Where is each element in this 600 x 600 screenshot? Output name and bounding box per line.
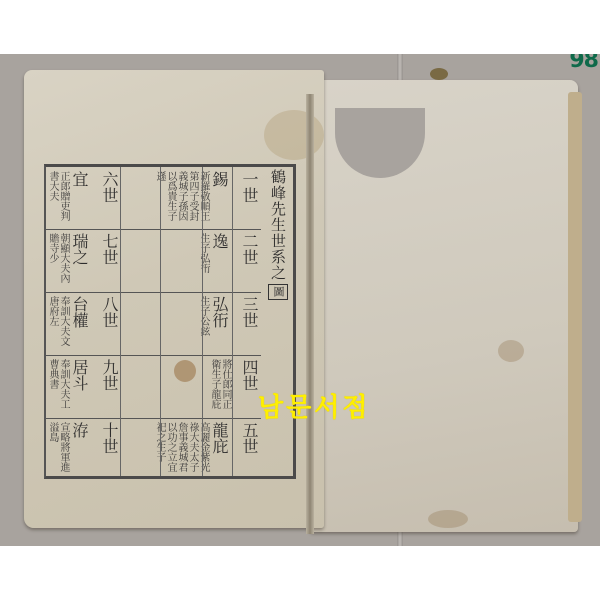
column-divider	[160, 167, 161, 476]
stain	[428, 510, 468, 528]
ancestor-note: 生子弘衎	[198, 233, 209, 291]
title-box-char: 圖	[268, 284, 288, 300]
ancestor-name: 瑞之	[68, 233, 91, 265]
stain	[498, 340, 524, 362]
generation-label: 一世	[237, 167, 261, 203]
ancestor-note: 奉訓大夫文唐府左	[47, 296, 69, 354]
column-divider	[202, 167, 203, 476]
bookstore-watermark: 남문서점	[258, 387, 370, 424]
ancestor-name: 逸	[208, 233, 231, 249]
generation-label: 七世	[97, 229, 121, 265]
ancestor-name: 龍庇	[208, 422, 231, 454]
column-divider	[120, 167, 121, 476]
ancestor-note: 朝顯大夫內贍寺少	[47, 233, 69, 291]
ancestor-name: 台權	[68, 296, 91, 328]
page-fold	[306, 94, 314, 534]
ancestor-note: 新羅敬順王第四子受封義城子孫因以爲貴生子遜	[154, 171, 209, 229]
book-photo: 98 鶴峰先生世系之圖 一世 錫 新羅敬順王第四子受封義城子孫因以爲貴生子遜 六…	[0, 54, 600, 546]
generation-label: 二世	[237, 229, 261, 265]
genealogy-chart-frame: 鶴峰先生世系之圖 一世 錫 新羅敬順王第四子受封義城子孫因以爲貴生子遜 六世 宜…	[44, 164, 296, 479]
left-genealogy-page: 鶴峰先生世系之圖 一世 錫 新羅敬順王第四子受封義城子孫因以爲貴生子遜 六世 宜…	[24, 70, 324, 528]
ancestor-note: 宣略將軍進溢島	[47, 422, 69, 476]
ancestor-note: 正郎贈吏判書大夫	[47, 171, 69, 229]
ancestor-name: 洊	[68, 422, 91, 438]
chart-title: 鶴峰先生世系之圖	[267, 169, 289, 300]
ancestor-note: 將仕郎同正衛生子龍庇	[209, 359, 231, 417]
page-edge	[568, 92, 582, 522]
ancestor-name: 錫	[208, 171, 231, 187]
generation-label: 八世	[97, 292, 121, 328]
row-5: 五世 龍庇 高麗金紫光祿大夫太子詹事義城君以功之立宜祀之生子 十世 洊 宣略將軍…	[46, 418, 261, 476]
ancestor-note: 奉訓大夫工曹典書	[47, 359, 69, 417]
generation-label: 三世	[237, 292, 261, 328]
ancestor-note: 高麗金紫光祿大夫太子詹事義城君以功之立宜祀之生子	[154, 422, 209, 476]
price-sticker-number: 98	[569, 54, 598, 73]
ancestor-note: 生子公鉉	[198, 296, 209, 354]
ancestor-name: 宜	[68, 171, 91, 187]
ancestor-name: 居斗	[68, 359, 91, 391]
generation-label: 六世	[97, 167, 121, 203]
column-divider	[232, 167, 233, 476]
generation-grid: 一世 錫 新羅敬順王第四子受封義城子孫因以爲貴生子遜 六世 宜 正郎贈吏判書大夫…	[46, 167, 261, 476]
generation-label: 四世	[237, 355, 261, 391]
ancestor-name: 弘衎	[208, 296, 231, 328]
binding-string	[430, 68, 448, 80]
generation-label: 十世	[97, 418, 121, 454]
row-4: 四世 將仕郎同正衛生子龍庇 九世 居斗 奉訓大夫工曹典書	[46, 355, 261, 419]
generation-label: 九世	[97, 355, 121, 391]
row-1: 一世 錫 新羅敬順王第四子受封義城子孫因以爲貴生子遜 六世 宜 正郎贈吏判書大夫	[46, 167, 261, 230]
stain	[264, 110, 324, 160]
row-3: 三世 弘衎 生子公鉉 八世 台權 奉訓大夫文唐府左	[46, 292, 261, 356]
row-2: 二世 逸 生子弘衎 七世 瑞之 朝顯大夫內贍寺少	[46, 229, 261, 293]
